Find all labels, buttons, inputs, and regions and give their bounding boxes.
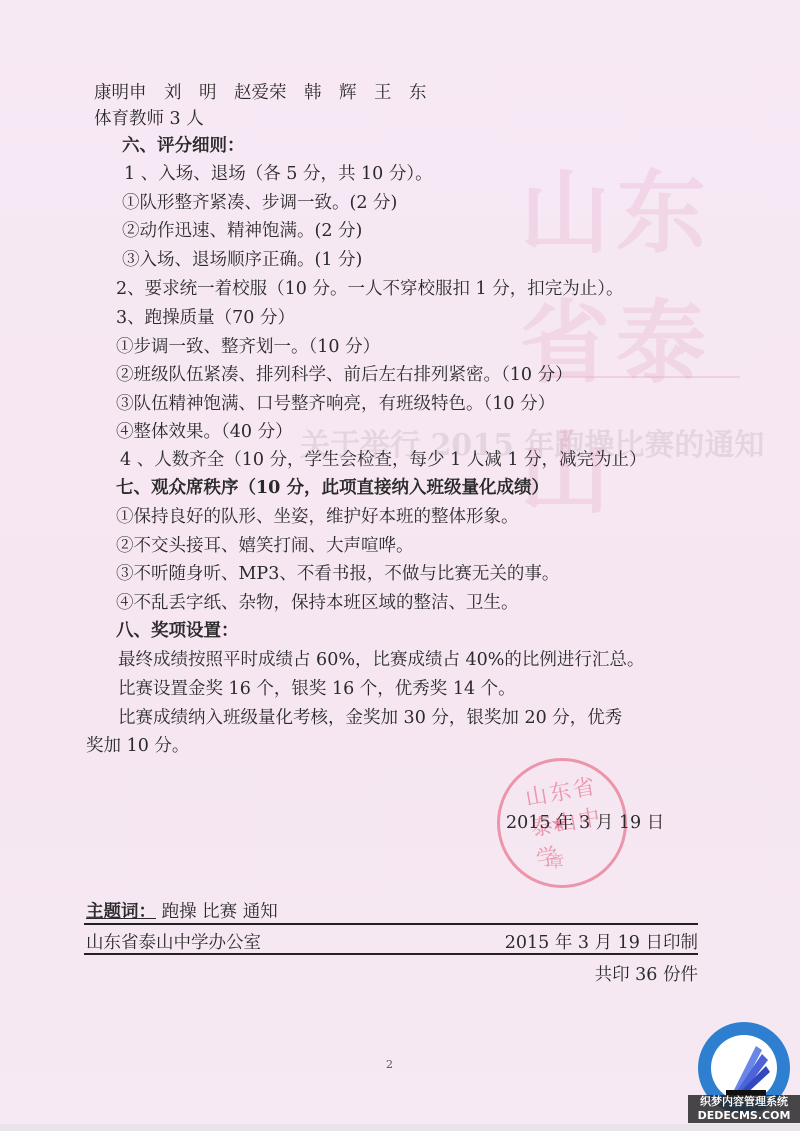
keywords-row: 主题词： 跑操 比赛 通知 — [86, 898, 698, 923]
scan-edge — [0, 1124, 800, 1131]
section6-item: ①队形整齐紧凑、步调一致。(2 分) — [122, 192, 397, 214]
document-page: 山东省泰山 关于举行 2015 年跑操比赛的通知 康明申 刘 明 赵爱荣 韩 辉… — [0, 0, 800, 1131]
section8-paragraph: 比赛成绩纳入班级量化考核，金奖加 30 分，银奖加 20 分，优秀 — [118, 707, 622, 729]
keywords-label: 主题词： — [86, 902, 156, 922]
signature-date: 2015 年 3 月 19 日 — [506, 812, 664, 834]
issuer: 山东省泰山中学办公室 — [86, 929, 261, 954]
footer-rule-bottom — [84, 953, 698, 955]
section6-item: ③队伍精神饱满、口号整齐响亮，有班级特色。（10 分） — [116, 393, 555, 415]
section8-paragraph: 比赛设置金奖 16 个，银奖 16 个，优秀奖 14 个。 — [118, 678, 516, 700]
print-date: 2015 年 3 月 19 日印制 — [505, 929, 698, 954]
section6-heading: 六、评分细则： — [122, 135, 245, 157]
seal-bottom-text: 章 — [548, 849, 564, 872]
keywords-value: 跑操 比赛 通知 — [162, 902, 278, 922]
section7-item: ②不交头接耳、嬉笑打闹、大声喧哗。 — [116, 535, 414, 557]
section6-item: 3、跑操质量（70 分） — [116, 307, 295, 329]
section7-heading: 七、观众席秩序（10 分，此项直接纳入班级量化成绩） — [116, 477, 549, 499]
section7-item: ③不听随身听、MP3、不看书报，不做与比赛无关的事。 — [116, 563, 559, 585]
section8-paragraph: 奖加 10 分。 — [86, 735, 189, 757]
section7-item: ④不乱丢字纸、杂物，保持本班区域的整洁、卫生。 — [116, 592, 519, 614]
section6-item: ①步调一致、整齐划一。（10 分） — [116, 336, 380, 358]
copies-count: 共印 36 份件 — [595, 961, 698, 986]
section7-item: ①保持良好的队形、坐姿，维护好本班的整体形象。 — [116, 506, 519, 528]
judges-names: 康明申 刘 明 赵爱荣 韩 辉 王 东 — [94, 82, 427, 104]
section6-item: 4 、人数齐全（10 分，学生会检查，每少 1 人减 1 分，减完为止） — [120, 449, 647, 471]
section6-item: 1 、入场、退场（各 5 分，共 10 分）。 — [124, 163, 433, 185]
footer-rule-top — [84, 923, 698, 925]
section6-item: ②班级队伍紧凑、排列科学、前后左右排列紧密。（10 分） — [116, 364, 573, 386]
issuer-row: 山东省泰山中学办公室 2015 年 3 月 19 日印制 — [86, 929, 698, 954]
section6-item: ④整体效果。（40 分） — [116, 421, 293, 443]
cms-watermark-line2: DEDECMS.COM — [688, 1109, 800, 1123]
section8-paragraph: 最终成绩按照平时成绩占 60%，比赛成绩占 40%的比例进行汇总。 — [118, 649, 644, 671]
cms-watermark: 织梦内容管理系统 DEDECMS.COM — [688, 1095, 800, 1123]
section6-item: 2、要求统一着校服（10 分。一人不穿校服扣 1 分，扣完为止）。 — [116, 278, 623, 300]
showthrough-title: 山东省泰山 — [520, 140, 800, 530]
section6-item: ②动作迅速、精神饱满。(2 分) — [122, 220, 362, 242]
pe-teachers-line: 体育教师 3 人 — [94, 108, 204, 130]
cms-watermark-line1: 织梦内容管理系统 — [688, 1095, 800, 1109]
page-number: 2 — [386, 1058, 393, 1071]
section6-item: ③入场、退场顺序正确。(1 分) — [122, 249, 362, 271]
copies-row: 共印 36 份件 — [86, 961, 698, 986]
section8-heading: 八、奖项设置： — [116, 620, 239, 642]
